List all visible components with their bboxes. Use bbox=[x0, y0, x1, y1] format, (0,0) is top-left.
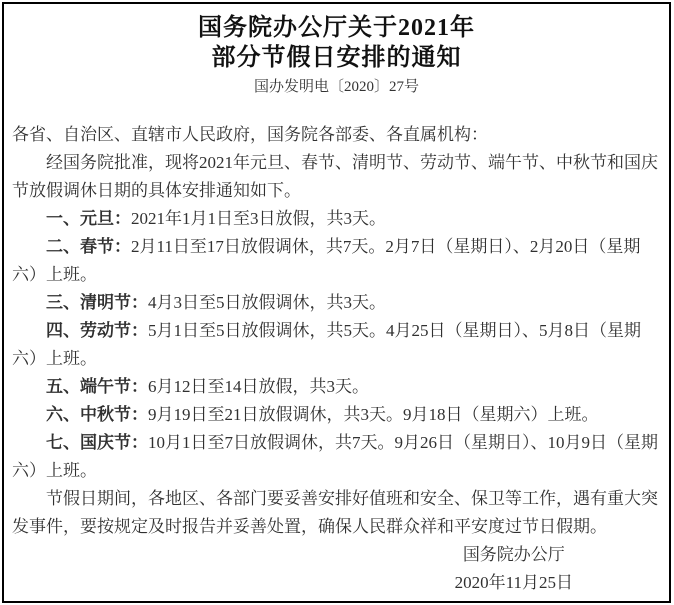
document-viewport: 国务院办公厅关于2021年 部分节假日安排的通知 国办发明电〔2020〕27号 … bbox=[0, 0, 674, 605]
signature-block: 国务院办公厅 2020年11月25日 bbox=[455, 541, 573, 597]
title-line-1: 国务院办公厅关于2021年 bbox=[12, 13, 661, 43]
intro-paragraph: 经国务院批准，现将2021年元旦、春节、清明节、劳动节、端午节、中秋节和国庆节放… bbox=[12, 149, 661, 205]
closing-paragraph: 节假日期间，各地区、各部门要妥善安排好值班和安全、保卫等工作，遇有重大突发事件，… bbox=[12, 485, 661, 541]
holiday-item-label: 三、清明节： bbox=[46, 293, 148, 312]
holiday-item: 五、端午节：6月12日至14日放假，共3天。 bbox=[12, 373, 661, 401]
document-body: 各省、自治区、直辖市人民政府，国务院各部委、各直属机构： 经国务院批准，现将20… bbox=[12, 121, 661, 597]
holiday-item: 四、劳动节：5月1日至5日放假调休，共5天。4月25日（星期日）、5月8日（星期… bbox=[12, 317, 661, 373]
signature-date: 2020年11月25日 bbox=[455, 569, 573, 597]
document-number: 国办发明电〔2020〕27号 bbox=[12, 76, 661, 98]
holiday-item-text: 9月19日至21日放假调休，共3天。9月18日（星期六）上班。 bbox=[148, 405, 599, 424]
holiday-item-label: 七、国庆节： bbox=[46, 433, 148, 452]
signer-name: 国务院办公厅 bbox=[455, 541, 573, 569]
holiday-item-text: 6月12日至14日放假，共3天。 bbox=[148, 377, 369, 396]
holiday-item: 三、清明节：4月3日至5日放假调休，共3天。 bbox=[12, 289, 661, 317]
notice-page: 国务院办公厅关于2021年 部分节假日安排的通知 国办发明电〔2020〕27号 … bbox=[2, 2, 671, 603]
holiday-item-label: 四、劳动节： bbox=[46, 321, 148, 340]
holiday-item: 七、国庆节：10月1日至7日放假调休，共7天。9月26日（星期日）、10月9日（… bbox=[12, 429, 661, 485]
holiday-item-label: 二、春节： bbox=[46, 237, 131, 256]
holiday-item: 一、元旦：2021年1月1日至3日放假，共3天。 bbox=[12, 205, 661, 233]
holiday-item: 二、春节：2月11日至17日放假调休，共7天。2月7日（星期日）、2月20日（星… bbox=[12, 233, 661, 289]
document-title: 国务院办公厅关于2021年 部分节假日安排的通知 bbox=[12, 13, 661, 73]
holiday-item-label: 六、中秋节： bbox=[46, 405, 148, 424]
holiday-item-label: 一、元旦： bbox=[46, 209, 131, 228]
holiday-item-label: 五、端午节： bbox=[46, 377, 148, 396]
salutation: 各省、自治区、直辖市人民政府，国务院各部委、各直属机构： bbox=[12, 121, 661, 149]
holiday-list: 一、元旦：2021年1月1日至3日放假，共3天。 二、春节：2月11日至17日放… bbox=[12, 205, 661, 485]
holiday-item: 六、中秋节：9月19日至21日放假调休，共3天。9月18日（星期六）上班。 bbox=[12, 401, 661, 429]
title-line-2: 部分节假日安排的通知 bbox=[12, 43, 661, 73]
holiday-item-text: 4月3日至5日放假调休，共3天。 bbox=[148, 293, 386, 312]
holiday-item-text: 2021年1月1日至3日放假，共3天。 bbox=[131, 209, 386, 228]
